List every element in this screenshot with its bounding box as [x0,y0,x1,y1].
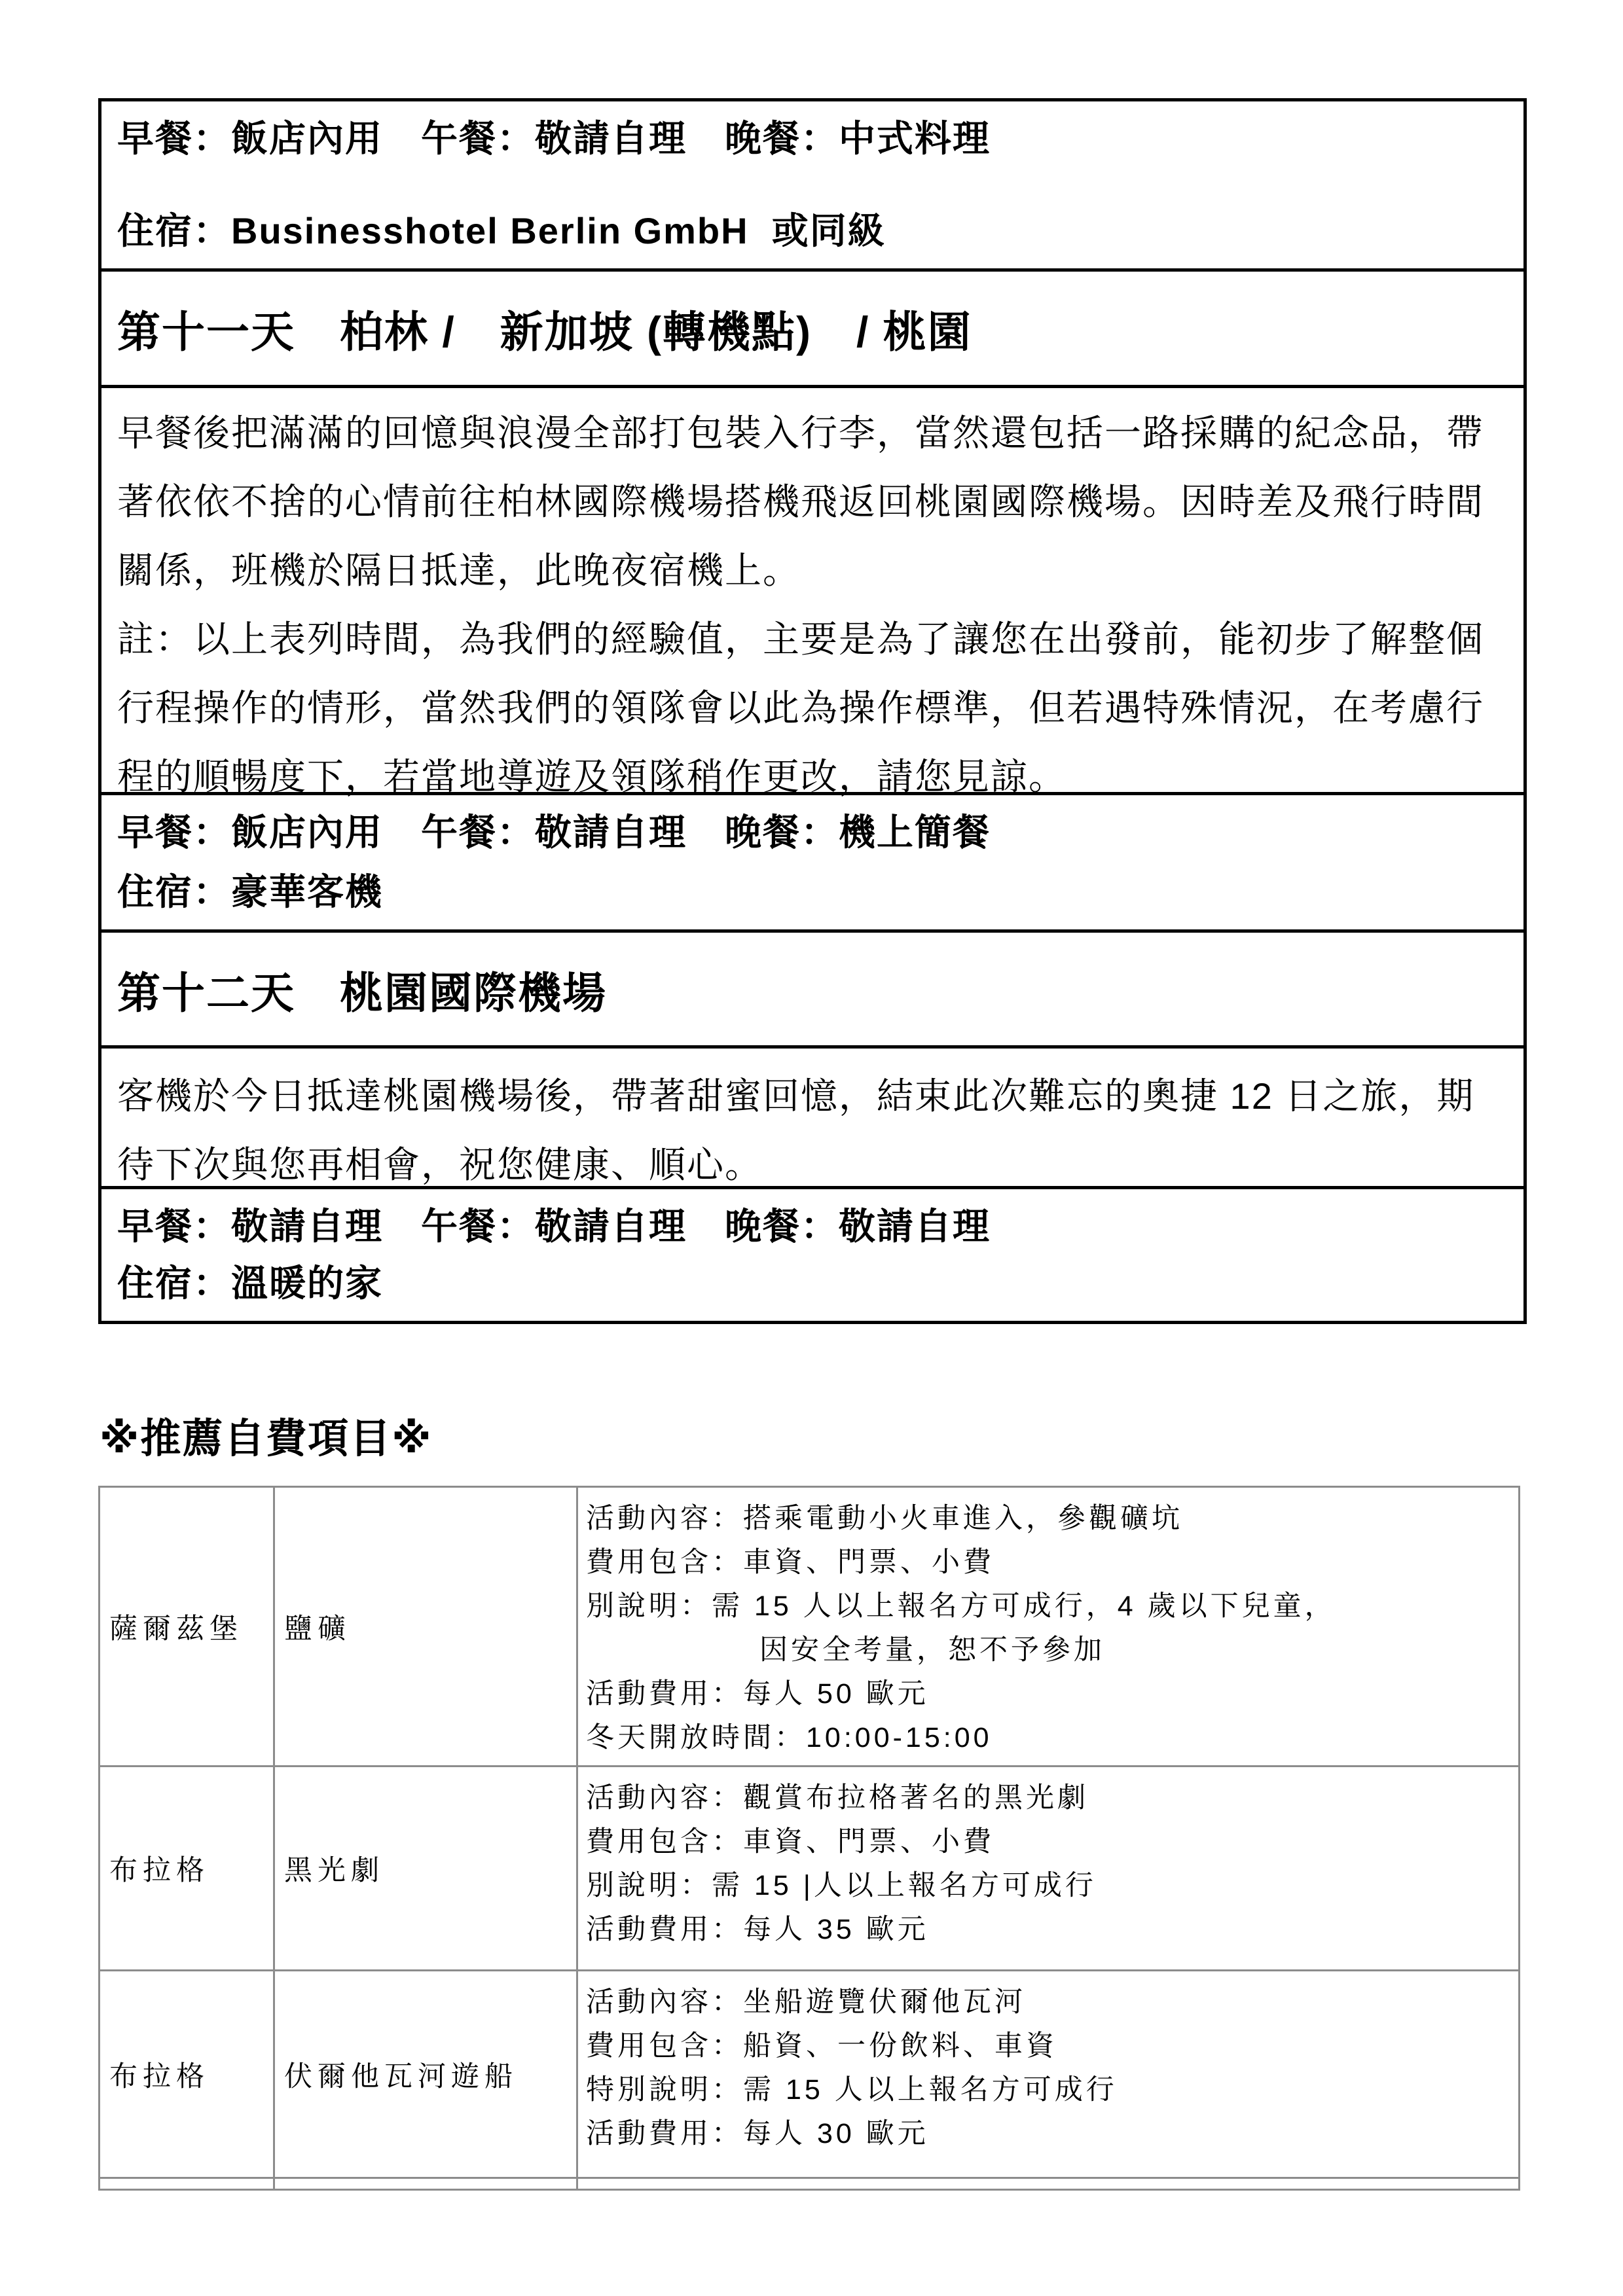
activity-row-salzburg-salt-mine: 薩爾茲堡 鹽礦 活動內容：搭乘電動小火車進入，參觀礦坑 費用包含：車資、門票、小… [100,1488,1518,1765]
activity-detail-line: 活動費用：每人 50 歐元 [586,1672,1512,1716]
activity-city: 布拉格 [100,1971,273,2177]
day10-meals-row: 早餐：飯店內用 午餐：敬請自理 晚餐：中式料理 住宿：Businesshotel… [101,101,1523,268]
itinerary-table: 早餐：飯店內用 午餐：敬請自理 晚餐：中式料理 住宿：Businesshotel… [98,98,1527,1324]
day12-header-row: 第十二天 桃園國際機場 [101,929,1523,1045]
activity-detail-line: 活動內容：搭乘電動小火車進入，參觀礦坑 [586,1497,1512,1541]
activity-row-partial [100,2177,1518,2189]
day11-header-row: 第十一天 柏林 / 新加坡 (轉機點) / 桃園 [101,268,1523,385]
optional-activities-heading: ※推薦自費項目※ [100,1406,433,1464]
activity-detail-line: 別說明：需 15 人以上報名方可成行，4 歲以下兒童， [586,1585,1512,1628]
day11-note-line1: 註：以上表列時間，為我們的經驗值，主要是為了讓您在出發前，能初步了解整個 [117,605,1501,673]
day11-meals-row: 早餐：飯店內用 午餐：敬請自理 晚餐：機上簡餐 住宿：豪華客機 [101,792,1523,929]
optional-activities-table: 薩爾茲堡 鹽礦 活動內容：搭乘電動小火車進入，參觀礦坑 費用包含：車資、門票、小… [98,1486,1520,2191]
activity-row-prague-black-light-theatre: 布拉格 黑光劇 活動內容：觀賞布拉格著名的黑光劇 費用包含：車資、門票、小費 別… [100,1765,1518,1969]
activity-detail-line: 活動費用：每人 35 歐元 [586,1908,1512,1952]
activity-detail-line: 活動內容：觀賞布拉格著名的黑光劇 [586,1776,1512,1820]
day12-meals-text: 早餐：敬請自理 午餐：敬請自理 晚餐：敬請自理 [117,1206,1504,1247]
activity-detail-line: 因安全考量，恕不予參加 [586,1628,1512,1672]
day11-meals-text: 早餐：飯店內用 午餐：敬請自理 晚餐：機上簡餐 [117,812,1504,853]
activity-detail-line: 冬天開放時間：10:00-15:00 [586,1716,1512,1760]
activity-name-text: 鹽礦 [284,1607,351,1647]
day12-lodging-text: 住宿：溫暖的家 [117,1263,1504,1304]
activity-details: 活動內容：坐船遊覽伏爾他瓦河 費用包含：船資、一份飲料、車資 特別說明：需 15… [576,1971,1518,2177]
activity-name-text: 黑光劇 [284,1848,384,1888]
day12-description-row: 客機於今日抵達桃園機場後，帶著甜蜜回憶，結束此次難忘的奧捷 12 日之旅，期 待… [101,1045,1523,1186]
day11-para1-line2: 著依依不捨的心情前往柏林國際機場搭機飛返回桃園國際機場。因時差及飛行時間 [117,467,1501,536]
activity-detail-line: 活動費用：每人 30 歐元 [586,2112,1512,2156]
activity-details [576,2179,1518,2189]
day10-lodging-text: 住宿：Businesshotel Berlin GmbH 或同級 [117,211,1504,251]
day12-meals-row: 早餐：敬請自理 午餐：敬請自理 晚餐：敬請自理 住宿：溫暖的家 [101,1186,1523,1321]
activity-detail-line: 活動內容：坐船遊覽伏爾他瓦河 [586,1981,1512,2024]
activity-detail-line: 費用包含：船資、一份飲料、車資 [586,2024,1512,2068]
activity-city-text: 布拉格 [109,1848,210,1888]
activity-city-text: 薩爾茲堡 [109,1607,243,1647]
activity-detail-line: 別說明：需 15 |人以上報名方可成行 [586,1864,1512,1908]
activity-detail-line: 費用包含：車資、門票、小費 [586,1541,1512,1585]
day11-note-line2: 行程操作的情形，當然我們的領隊會以此為操作標準，但若遇特殊情況，在考慮行 [117,673,1501,742]
day12-para-line1: 客機於今日抵達桃園機場後，帶著甜蜜回憶，結束此次難忘的奧捷 12 日之旅，期 [117,1062,1501,1130]
activity-detail-line: 費用包含：車資、門票、小費 [586,1820,1512,1864]
activity-detail-line: 特別說明：需 15 人以上報名方可成行 [586,2068,1512,2112]
activity-row-prague-vltava-cruise: 布拉格 伏爾他瓦河遊船 活動內容：坐船遊覽伏爾他瓦河 費用包含：船資、一份飲料、… [100,1969,1518,2177]
activity-name: 伏爾他瓦河遊船 [273,1971,576,2177]
activity-name-text: 伏爾他瓦河遊船 [284,2054,518,2094]
activity-city: 薩爾茲堡 [100,1488,273,1765]
day11-description-row: 早餐後把滿滿的回憶與浪漫全部打包裝入行李，當然還包括一路採購的紀念品，帶 著依依… [101,385,1523,792]
day11-para1-line3: 關係，班機於隔日抵達，此晚夜宿機上。 [117,536,1501,605]
day11-para1-line1: 早餐後把滿滿的回憶與浪漫全部打包裝入行李，當然還包括一路採購的紀念品，帶 [117,399,1501,467]
document-page: 早餐：飯店內用 午餐：敬請自理 晚餐：中式料理 住宿：Businesshotel… [0,0,1623,2296]
activity-city [100,2179,273,2189]
day11-lodging-text: 住宿：豪華客機 [117,872,1504,912]
activity-name: 黑光劇 [273,1767,576,1969]
activity-name: 鹽礦 [273,1488,576,1765]
activity-city: 布拉格 [100,1767,273,1969]
day12-title: 第十二天 桃園國際機場 [117,958,607,1020]
activity-details: 活動內容：觀賞布拉格著名的黑光劇 費用包含：車資、門票、小費 別說明：需 15 … [576,1767,1518,1969]
day10-meals-text: 早餐：飯店內用 午餐：敬請自理 晚餐：中式料理 [117,118,1504,159]
activity-details: 活動內容：搭乘電動小火車進入，參觀礦坑 費用包含：車資、門票、小費 別說明：需 … [576,1488,1518,1765]
day11-title: 第十一天 柏林 / 新加坡 (轉機點) / 桃園 [117,297,972,359]
activity-name [273,2179,576,2189]
activity-city-text: 布拉格 [109,2054,210,2094]
